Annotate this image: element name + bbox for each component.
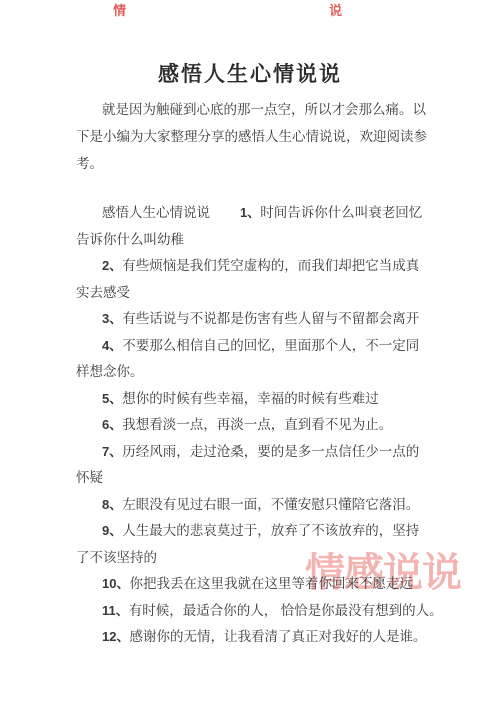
text-segment: 不要那么相信自己的回忆，里面那个人，不一定同 [122, 338, 419, 353]
text-segment: 想你的时候有些幸福，幸福的时候有些难过 [122, 391, 379, 406]
text-line: 2、有些烦恼是我们凭空虚构的，而我们却把它当成真 [76, 253, 490, 280]
text-line: 6、我想看淡一点，再淡一点，直到看不见为止。 [76, 412, 490, 439]
text-line: 了不该坚持的 [76, 545, 490, 572]
item-number: 5、 [102, 391, 122, 406]
text-line: 11、有时候，最适合你的人， 恰恰是你最没有想到的人。 [76, 598, 490, 625]
text-segment: 有时候，最适合你的人， 恰恰是你最没有想到的人。 [129, 603, 443, 618]
text-segment: 怀疑 [76, 470, 103, 485]
text-line: 怀疑 [76, 465, 490, 492]
inline-spacer [210, 216, 240, 217]
text-line: 4、不要那么相信自己的回忆，里面那个人，不一定同 [76, 333, 490, 360]
text-line: 3、有些话说与不说都是伤害有些人留与不留都会离开 [76, 306, 490, 333]
text-segment: 感谢你的无情，让我看清了真正对我好的人是谁。 [129, 629, 426, 644]
text-line: 5、想你的时候有些幸福，幸福的时候有些难过 [76, 386, 490, 413]
text-segment: 时间告诉你什么叫衰老回忆 [260, 205, 422, 220]
intro-paragraph: 就是因为触碰到心底的那一点空，所以才会那么痛。以下是小编为大家整理分享的感悟人生… [76, 96, 480, 177]
text-segment: 感悟人生心情说说 [102, 205, 210, 220]
red-fragment-left-icon: 情 [113, 3, 126, 18]
text-segment: 就是因为触碰到心底的那一点空，所以才会那么痛。以 [102, 102, 426, 117]
text-segment: 考。 [76, 156, 103, 171]
item-number: 1、 [240, 205, 260, 220]
red-fragment-right-icon: 说 [329, 3, 342, 18]
text-line: 7、历经风雨，走过沧桑，要的是多一点信任少一点的 [76, 439, 490, 466]
text-line: 告诉你什么叫幼稚 [76, 227, 490, 254]
item-number: 6、 [102, 417, 122, 432]
item-number: 11、 [102, 603, 129, 618]
text-segment: 历经风雨，走过沧桑，要的是多一点信任少一点的 [122, 444, 419, 459]
text-segment: 有些烦恼是我们凭空虚构的，而我们却把它当成真 [122, 258, 419, 273]
item-number: 7、 [102, 444, 122, 459]
text-line: 实去感受 [76, 280, 490, 307]
text-line: 9、人生最大的悲哀莫过于，放弃了不该放弃的，坚持 [76, 518, 490, 545]
text-line: 12、感谢你的无情，让我看清了真正对我好的人是谁。 [76, 624, 490, 651]
page-title: 感悟人生心情说说 [0, 60, 500, 88]
text-segment: 你把我丢在这里我就在这里等着你回来不愿走远 [129, 576, 413, 591]
item-number: 2、 [102, 258, 122, 273]
text-segment: 了不该坚持的 [76, 550, 157, 565]
document-page: 情 说 感悟人生心情说说 就是因为触碰到心底的那一点空，所以才会那么痛。以下是小… [0, 0, 500, 708]
text-line: 8、左眼没有见过右眼一面，不懂安慰只懂陪它落泪。 [76, 492, 490, 519]
text-line: 感悟人生心情说说1、时间告诉你什么叫衰老回忆 [76, 200, 490, 227]
item-number: 9、 [102, 523, 122, 538]
item-number: 10、 [102, 576, 129, 591]
item-number: 12、 [102, 629, 129, 644]
text-segment: 样想念你。 [76, 364, 144, 379]
list-body: 感悟人生心情说说1、时间告诉你什么叫衰老回忆告诉你什么叫幼稚2、有些烦恼是我们凭… [76, 200, 490, 651]
text-segment: 下是小编为大家整理分享的感悟人生心情说说，欢迎阅读参 [76, 129, 427, 144]
text-line: 下是小编为大家整理分享的感悟人生心情说说，欢迎阅读参 [76, 123, 480, 150]
text-segment: 有些话说与不说都是伤害有些人留与不留都会离开 [122, 311, 419, 326]
text-line: 10、你把我丢在这里我就在这里等着你回来不愿走远 [76, 571, 490, 598]
item-number: 3、 [102, 311, 122, 326]
text-segment: 告诉你什么叫幼稚 [76, 232, 184, 247]
item-number: 4、 [102, 338, 122, 353]
text-line: 就是因为触碰到心底的那一点空，所以才会那么痛。以 [76, 96, 480, 123]
text-line: 样想念你。 [76, 359, 490, 386]
text-segment: 实去感受 [76, 285, 130, 300]
text-line: 考。 [76, 150, 480, 177]
item-number: 8、 [102, 497, 122, 512]
text-segment: 左眼没有见过右眼一面，不懂安慰只懂陪它落泪。 [122, 497, 419, 512]
text-segment: 我想看淡一点，再淡一点，直到看不见为止。 [122, 417, 392, 432]
text-segment: 人生最大的悲哀莫过于，放弃了不该放弃的，坚持 [122, 523, 419, 538]
